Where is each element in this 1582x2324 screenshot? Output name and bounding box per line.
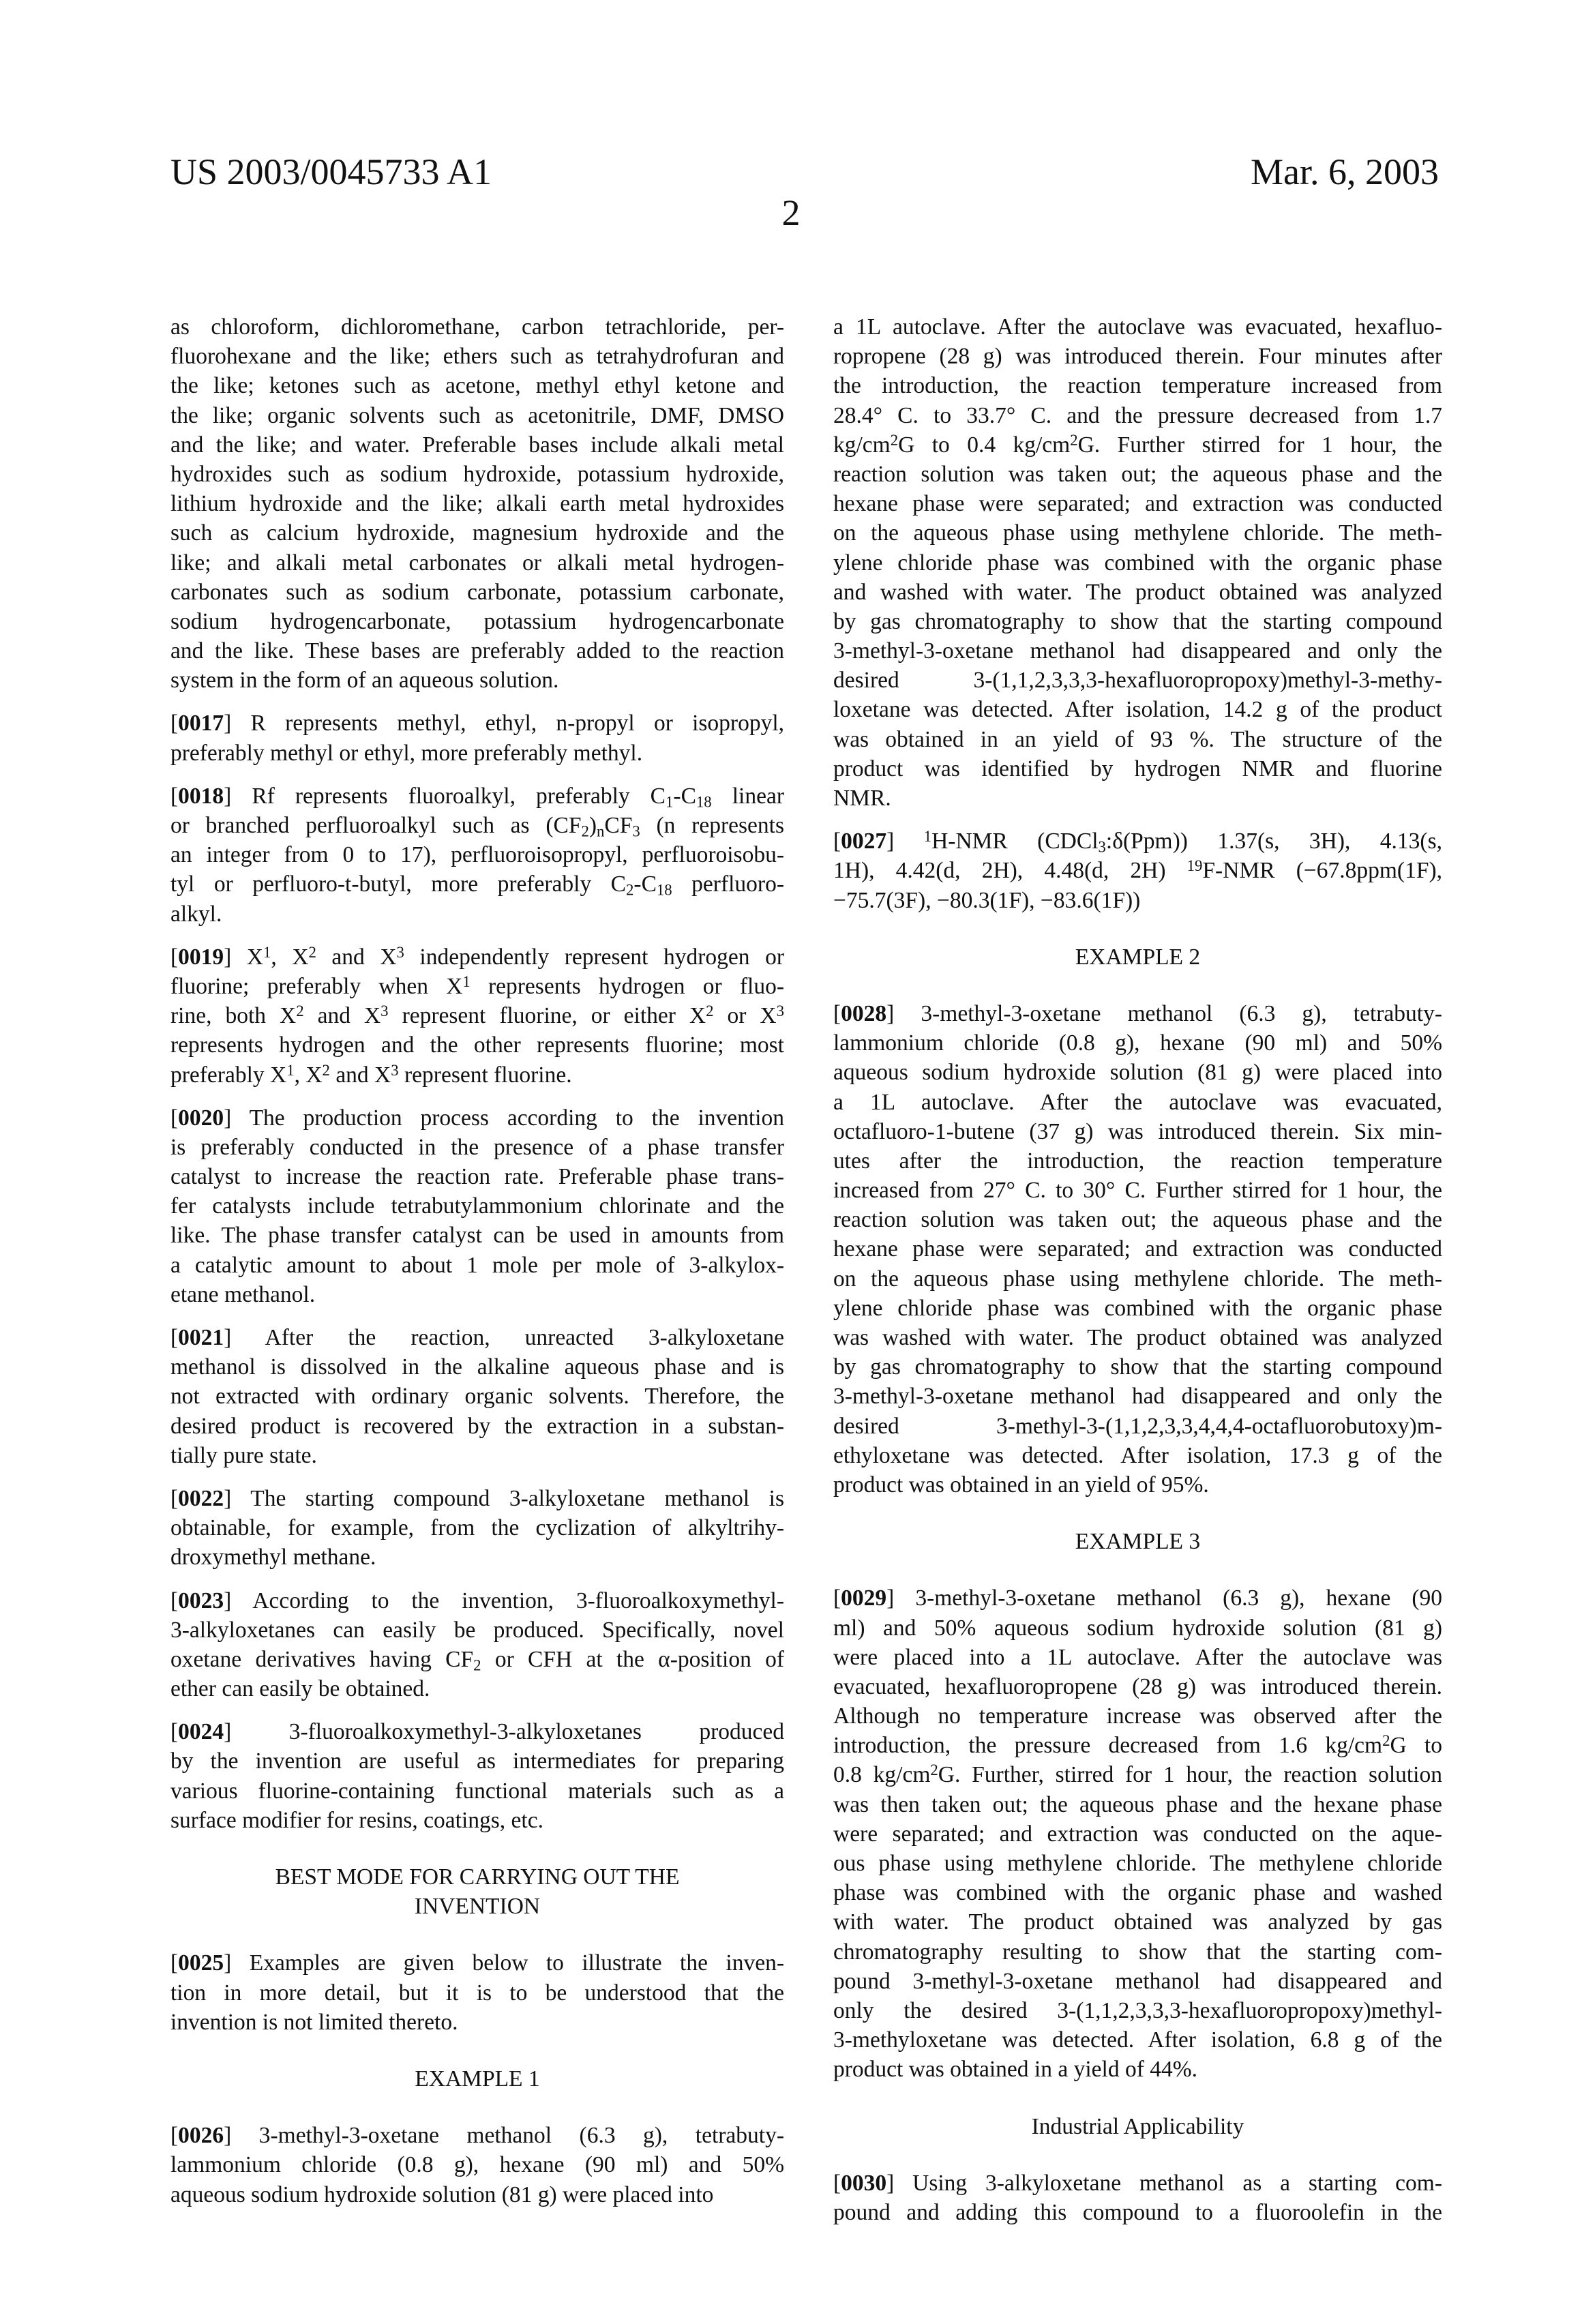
text-line: tion in more detail, but it is to be und… xyxy=(170,1978,784,2008)
text-segment: independently represent hydrogen or xyxy=(404,944,784,970)
text-segment: [ xyxy=(170,944,178,970)
text-segment: only the desired 3-(1,1,2,3,3,3-hexafluo… xyxy=(833,1998,1442,2023)
text-line: octafluoro-1-butene (37 g) was introduce… xyxy=(833,1117,1442,1146)
text-line: kg/cm2G to 0.4 kg/cm2G. Further stirred … xyxy=(833,430,1442,460)
text-segment: [ xyxy=(170,2123,178,2148)
paragraph-number: 0030 xyxy=(841,2171,886,2196)
paragraph-number: 0018 xyxy=(178,784,224,809)
text-segment: kg/cm xyxy=(833,432,891,458)
text-line: [0028] 3-methyl-3-oxetane methanol (6.3 … xyxy=(833,999,1442,1028)
text-line: fluorine; preferably when X1 represents … xyxy=(170,972,784,1001)
text-segment: oxetane derivatives having CF xyxy=(170,1647,473,1672)
script-text: 3 xyxy=(380,1002,388,1019)
script-text: n xyxy=(597,823,604,840)
text-segment: ] According to the invention, 3-fluoroal… xyxy=(224,1588,784,1613)
script-text: 2 xyxy=(581,823,588,840)
script-text: 2 xyxy=(1070,432,1077,449)
paragraph-number: 0019 xyxy=(178,944,224,970)
text-segment: ] 3-methyl-3-oxetane methanol (6.3 g), h… xyxy=(886,1585,1442,1611)
text-line: surface modifier for resins, coatings, e… xyxy=(170,1806,784,1835)
paragraph: [0020] The production process according … xyxy=(170,1103,784,1309)
text-segment: [ xyxy=(833,1001,841,1026)
right-column: a 1L autoclave. After the autoclave was … xyxy=(833,312,1442,2241)
text-line: is preferably conducted in the presence … xyxy=(170,1133,784,1162)
text-line: [0020] The production process according … xyxy=(170,1103,784,1133)
text-line: hexane phase were separated; and extract… xyxy=(833,1234,1442,1264)
section-heading: EXAMPLE 2 xyxy=(833,942,1442,972)
text-line: by the invention are useful as intermedi… xyxy=(170,1746,784,1776)
text-line: the like; organic solvents such as aceto… xyxy=(170,401,784,430)
text-line: pound 3-methyl-3-oxetane methanol had di… xyxy=(833,1967,1442,1996)
text-segment: ] R represents methyl, ethyl, n-propyl o… xyxy=(224,711,784,736)
patent-number: US 2003/0045733 A1 xyxy=(170,151,492,192)
paragraph-number: 0026 xyxy=(178,2123,224,2148)
text-segment: -C xyxy=(673,784,696,809)
text-segment: various fluorine-containing functional m… xyxy=(170,1778,784,1804)
text-segment: ropropene (28 g) was introduced therein.… xyxy=(833,344,1442,369)
text-segment: , X xyxy=(295,1062,323,1088)
text-segment: fer catalysts include tetrabutylammonium… xyxy=(170,1193,784,1219)
text-segment: ] 3-fluoroalkoxymethyl-3-alkyloxetanes p… xyxy=(224,1719,784,1744)
text-line: phase was combined with the organic phas… xyxy=(833,1878,1442,1907)
text-line: as chloroform, dichloromethane, carbon t… xyxy=(170,312,784,342)
text-line: 28.4° C. to 33.7° C. and the pressure de… xyxy=(833,401,1442,430)
publication-date: Mar. 6, 2003 xyxy=(1251,151,1439,192)
text-line: or branched perfluoroalkyl such as (CF2)… xyxy=(170,811,784,840)
text-line: pound and adding this compound to a fluo… xyxy=(833,2198,1442,2227)
text-segment: evacuated, hexafluoropropene (28 g) was … xyxy=(833,1674,1442,1699)
text-segment: ] Rf represents fluoroalkyl, preferably … xyxy=(224,784,666,809)
text-segment: an integer from 0 to 17), perfluoroisopr… xyxy=(170,842,784,867)
text-line: 3-methyloxetane was detected. After isol… xyxy=(833,2025,1442,2055)
text-segment: ylene chloride phase was combined with t… xyxy=(833,550,1442,576)
text-segment: or branched perfluoroalkyl such as (CF xyxy=(170,813,581,838)
text-line: hexane phase were separated; and extract… xyxy=(833,489,1442,518)
text-segment: [ xyxy=(170,1588,178,1613)
text-line: lammonium chloride (0.8 g), hexane (90 m… xyxy=(833,1028,1442,1058)
script-text: 2 xyxy=(706,1002,713,1019)
text-line: 1H), 4.42(d, 2H), 4.48(d, 2H) 19F-NMR (−… xyxy=(833,856,1442,885)
paragraph: a 1L autoclave. After the autoclave was … xyxy=(833,312,1442,813)
text-line: alkyl. xyxy=(170,899,784,929)
text-line: carbonates such as sodium carbonate, pot… xyxy=(170,578,784,607)
text-segment: [ xyxy=(170,711,178,736)
text-segment: EXAMPLE 2 xyxy=(1075,944,1200,970)
text-line: reaction solution was taken out; the aqu… xyxy=(833,460,1442,489)
text-segment: represent fluorine, or either X xyxy=(389,1003,706,1028)
text-segment: reaction solution was taken out; the aqu… xyxy=(833,1207,1442,1232)
text-line: by gas chromatography to show that the s… xyxy=(833,607,1442,636)
text-segment: ] 3-methyl-3-oxetane methanol (6.3 g), t… xyxy=(224,2123,784,2148)
text-segment: fluorine; preferably when X xyxy=(170,974,462,999)
text-segment: INVENTION xyxy=(415,1894,540,1919)
text-segment: perfluoro- xyxy=(672,871,784,897)
paragraph-number: 0017 xyxy=(178,711,224,736)
text-line: aqueous sodium hydroxide solution (81 g)… xyxy=(170,2180,784,2209)
paragraph-number: 0020 xyxy=(178,1105,224,1131)
text-segment: 3-methyl-3-oxetane methanol had disappea… xyxy=(833,1384,1442,1409)
text-line: was then taken out; the aqueous phase an… xyxy=(833,1790,1442,1819)
text-segment: tion in more detail, but it is to be und… xyxy=(170,1980,784,2006)
text-segment: ] After the reaction, unreacted 3-alkylo… xyxy=(224,1325,784,1350)
text-line: obtainable, for example, from the cycliz… xyxy=(170,1513,784,1543)
text-line: and washed with water. The product obtai… xyxy=(833,578,1442,607)
text-line: and the like. These bases are preferably… xyxy=(170,636,784,666)
script-text: 2 xyxy=(626,882,633,899)
text-line: oxetane derivatives having CF2 or CFH at… xyxy=(170,1645,784,1674)
text-segment: desired product is recovered by the extr… xyxy=(170,1414,784,1439)
text-line: with water. The product obtained was ana… xyxy=(833,1907,1442,1937)
paragraph-number: 0025 xyxy=(178,1950,224,1976)
text-line: Industrial Applicability xyxy=(833,2112,1442,2141)
text-segment: ] The starting compound 3-alkyloxetane m… xyxy=(224,1486,784,1511)
text-segment: and X xyxy=(304,1003,381,1028)
text-segment: carbonates such as sodium carbonate, pot… xyxy=(170,580,784,605)
text-segment: G to 0.4 kg/cm xyxy=(898,432,1070,458)
text-segment: was then taken out; the aqueous phase an… xyxy=(833,1792,1442,1817)
text-segment: or X xyxy=(714,1003,777,1028)
script-text: 1 xyxy=(286,1061,294,1078)
left-column: as chloroform, dichloromethane, carbon t… xyxy=(170,312,784,2223)
text-line: a catalytic amount to about 1 mole per m… xyxy=(170,1251,784,1280)
text-line: catalyst to increase the reaction rate. … xyxy=(170,1162,784,1191)
text-segment: 3-methyl-3-oxetane methanol had disappea… xyxy=(833,638,1442,664)
text-line: EXAMPLE 3 xyxy=(833,1527,1442,1556)
text-line: etane methanol. xyxy=(170,1280,784,1309)
paragraph: [0030] Using 3-alkyloxetane methanol as … xyxy=(833,2169,1442,2227)
text-line: desired 3-(1,1,2,3,3,3-hexafluoropropoxy… xyxy=(833,666,1442,695)
text-line: various fluorine-containing functional m… xyxy=(170,1776,784,1806)
text-line: like; and alkali metal carbonates or alk… xyxy=(170,548,784,578)
text-line: BEST MODE FOR CARRYING OUT THE xyxy=(170,1862,784,1892)
text-line: Although no temperature increase was obs… xyxy=(833,1701,1442,1731)
paragraph-number: 0024 xyxy=(178,1719,224,1744)
script-text: 2 xyxy=(323,1061,330,1078)
text-line: INVENTION xyxy=(170,1892,784,1921)
text-segment: and X xyxy=(330,1062,391,1088)
text-line: not extracted with ordinary organic solv… xyxy=(170,1382,784,1411)
text-line: [0030] Using 3-alkyloxetane methanol as … xyxy=(833,2169,1442,2198)
text-line: [0018] Rf represents fluoroalkyl, prefer… xyxy=(170,781,784,811)
text-segment: and washed with water. The product obtai… xyxy=(833,580,1442,605)
script-text: 2 xyxy=(309,944,316,961)
text-line: fluorohexane and the like; ethers such a… xyxy=(170,342,784,371)
text-segment: on the aqueous phase using methylene chl… xyxy=(833,520,1442,546)
text-line: ether can easily be obtained. xyxy=(170,1674,784,1703)
paragraph: [0024] 3-fluoroalkoxymethyl-3-alkyloxeta… xyxy=(170,1717,784,1835)
text-segment: [ xyxy=(833,1585,841,1611)
text-segment: [ xyxy=(833,2171,841,2196)
script-text: 3 xyxy=(777,1002,784,1019)
text-segment: NMR. xyxy=(833,786,891,811)
text-segment: fluorohexane and the like; ethers such a… xyxy=(170,344,784,369)
text-segment: Although no temperature increase was obs… xyxy=(833,1703,1442,1729)
text-segment: the introduction, the reaction temperatu… xyxy=(833,373,1442,398)
text-line: fer catalysts include tetrabutylammonium… xyxy=(170,1191,784,1221)
text-line: [0024] 3-fluoroalkoxymethyl-3-alkyloxeta… xyxy=(170,1717,784,1746)
text-segment: ] 3-methyl-3-oxetane methanol (6.3 g), t… xyxy=(886,1001,1442,1026)
text-segment: were placed into a 1L autoclave. After t… xyxy=(833,1645,1442,1670)
text-segment: ] X xyxy=(224,944,263,970)
text-segment: a 1L autoclave. After the autoclave was … xyxy=(833,1090,1442,1115)
text-line: ethyloxetane was detected. After isolati… xyxy=(833,1441,1442,1470)
text-line: ylene chloride phase was combined with t… xyxy=(833,548,1442,578)
text-line: ml) and 50% aqueous sodium hydroxide sol… xyxy=(833,1613,1442,1643)
text-segment: 28.4° C. to 33.7° C. and the pressure de… xyxy=(833,403,1442,428)
text-segment: H-NMR (CDCl xyxy=(931,829,1098,854)
text-line: invention is not limited thereto. xyxy=(170,2008,784,2037)
text-segment: ] Examples are given below to illustrate… xyxy=(224,1950,784,1976)
script-text: 18 xyxy=(696,794,712,811)
text-segment: product was identified by hydrogen NMR a… xyxy=(833,756,1442,781)
text-segment: hexane phase were separated; and extract… xyxy=(833,1236,1442,1262)
text-segment: CF xyxy=(604,813,632,838)
text-line: desired product is recovered by the extr… xyxy=(170,1412,784,1441)
text-segment: reaction solution was taken out; the aqu… xyxy=(833,462,1442,487)
text-segment: rine, both X xyxy=(170,1003,296,1028)
text-segment: the like; ketones such as acetone, methy… xyxy=(170,373,784,398)
text-segment: pound and adding this compound to a fluo… xyxy=(833,2200,1442,2225)
paragraph-number: 0027 xyxy=(841,829,886,854)
text-segment: lammonium chloride (0.8 g), hexane (90 m… xyxy=(170,2152,784,2177)
text-line: chromatography resulting to show that th… xyxy=(833,1937,1442,1967)
text-line: sodium hydrogencarbonate, potassium hydr… xyxy=(170,607,784,636)
text-line: ropropene (28 g) was introduced therein.… xyxy=(833,342,1442,371)
paragraph: as chloroform, dichloromethane, carbon t… xyxy=(170,312,784,695)
text-segment: the like; organic solvents such as aceto… xyxy=(170,403,784,428)
text-line: preferably X1, X2 and X3 represent fluor… xyxy=(170,1060,784,1090)
text-segment: with water. The product obtained was ana… xyxy=(833,1909,1442,1935)
text-segment: as chloroform, dichloromethane, carbon t… xyxy=(170,314,784,340)
text-segment: by the invention are useful as intermedi… xyxy=(170,1748,784,1774)
paragraph-number: 0022 xyxy=(178,1486,224,1511)
text-line: −75.7(3F), −80.3(1F), −83.6(1F)) xyxy=(833,886,1442,915)
paragraph: [0025] Examples are given below to illus… xyxy=(170,1948,784,2037)
text-line: [0029] 3-methyl-3-oxetane methanol (6.3 … xyxy=(833,1583,1442,1613)
text-line: [0027] 1H-NMR (CDCl3:δ(Ppm)) 1.37(s, 3H)… xyxy=(833,826,1442,856)
text-line: an integer from 0 to 17), perfluoroisopr… xyxy=(170,840,784,869)
text-segment: represents hydrogen and the other repres… xyxy=(170,1032,784,1058)
text-segment: [ xyxy=(170,1486,178,1511)
text-segment: phase was combined with the organic phas… xyxy=(833,1880,1442,1905)
section-heading: Industrial Applicability xyxy=(833,2112,1442,2141)
text-segment: -C xyxy=(633,871,657,897)
text-segment: and X xyxy=(316,944,397,970)
paragraph: [0021] After the reaction, unreacted 3-a… xyxy=(170,1323,784,1470)
text-segment: and the like; and water. Preferable base… xyxy=(170,432,784,458)
text-line: utes after the introduction, the reactio… xyxy=(833,1146,1442,1176)
text-segment: such as calcium hydroxide, magnesium hyd… xyxy=(170,520,784,546)
paragraph: [0028] 3-methyl-3-oxetane methanol (6.3 … xyxy=(833,999,1442,1500)
text-line: tyl or perfluoro-t-butyl, more preferabl… xyxy=(170,869,784,899)
text-line: EXAMPLE 2 xyxy=(833,942,1442,972)
text-line: system in the form of an aqueous solutio… xyxy=(170,666,784,695)
page-number: 2 xyxy=(0,192,1582,233)
text-line: a 1L autoclave. After the autoclave was … xyxy=(833,312,1442,342)
text-segment: obtainable, for example, from the cycliz… xyxy=(170,1515,784,1540)
script-text: 3 xyxy=(397,944,404,961)
text-segment: preferably methyl or ethyl, more prefera… xyxy=(170,741,642,766)
text-segment: [ xyxy=(170,1325,178,1350)
text-segment: by gas chromatography to show that the s… xyxy=(833,1354,1442,1380)
text-segment: octafluoro-1-butene (37 g) was introduce… xyxy=(833,1119,1442,1144)
text-segment: tially pure state. xyxy=(170,1443,317,1468)
text-line: evacuated, hexafluoropropene (28 g) was … xyxy=(833,1672,1442,1701)
text-line: 3-alkyloxetanes can easily be produced. … xyxy=(170,1615,784,1645)
text-line: desired 3-methyl-3-(1,1,2,3,3,4,4,4-octa… xyxy=(833,1412,1442,1441)
text-segment: product was obtained in a yield of 44%. xyxy=(833,2057,1197,2082)
text-segment: 0.8 kg/cm xyxy=(833,1762,930,1787)
text-segment: not extracted with ordinary organic solv… xyxy=(170,1384,784,1409)
text-line: the like; ketones such as acetone, methy… xyxy=(170,371,784,400)
text-segment: G to xyxy=(1390,1733,1442,1758)
text-segment: lammonium chloride (0.8 g), hexane (90 m… xyxy=(833,1030,1442,1056)
text-segment: aqueous sodium hydroxide solution (81 g)… xyxy=(833,1060,1442,1085)
text-segment: ] The production process according to th… xyxy=(224,1105,784,1131)
text-line: reaction solution was taken out; the aqu… xyxy=(833,1205,1442,1234)
text-segment: droxymethyl methane. xyxy=(170,1545,376,1570)
text-line: and the like; and water. Preferable base… xyxy=(170,430,784,460)
text-segment: G. Further, stirred for 1 hour, the reac… xyxy=(938,1762,1442,1787)
text-segment: −75.7(3F), −80.3(1F), −83.6(1F)) xyxy=(833,888,1140,913)
text-line: a 1L autoclave. After the autoclave was … xyxy=(833,1088,1442,1117)
text-segment: [ xyxy=(170,1105,178,1131)
text-segment: chromatography resulting to show that th… xyxy=(833,1939,1442,1965)
paragraph: [0019] X1, X2 and X3 independently repre… xyxy=(170,942,784,1090)
text-line: loxetane was detected. After isolation, … xyxy=(833,695,1442,724)
text-line: [0021] After the reaction, unreacted 3-a… xyxy=(170,1323,784,1352)
text-line: product was obtained in a yield of 44%. xyxy=(833,2055,1442,2084)
text-segment: ethyloxetane was detected. After isolati… xyxy=(833,1443,1442,1468)
text-segment: ml) and 50% aqueous sodium hydroxide sol… xyxy=(833,1615,1442,1641)
script-text: 2 xyxy=(1382,1732,1390,1749)
paragraph-number: 0021 xyxy=(178,1325,224,1350)
text-line: on the aqueous phase using methylene chl… xyxy=(833,518,1442,548)
text-segment: by gas chromatography to show that the s… xyxy=(833,609,1442,634)
text-segment: preferably X xyxy=(170,1062,286,1088)
text-line: hydroxides such as sodium hydroxide, pot… xyxy=(170,460,784,489)
text-segment: product was obtained in an yield of 95%. xyxy=(833,1472,1209,1498)
text-segment: invention is not limited thereto. xyxy=(170,2010,458,2035)
text-line: preferably methyl or ethyl, more prefera… xyxy=(170,739,784,768)
text-line: lithium hydroxide and the like; alkali e… xyxy=(170,489,784,518)
text-line: lammonium chloride (0.8 g), hexane (90 m… xyxy=(170,2150,784,2179)
text-segment: like; and alkali metal carbonates or alk… xyxy=(170,550,784,576)
text-segment: ous phase using methylene chloride. The … xyxy=(833,1851,1442,1876)
text-segment: lithium hydroxide and the like; alkali e… xyxy=(170,491,784,516)
text-segment: catalyst to increase the reaction rate. … xyxy=(170,1164,784,1189)
text-segment: methanol is dissolved in the alkaline aq… xyxy=(170,1354,784,1380)
text-line: [0023] According to the invention, 3-flu… xyxy=(170,1586,784,1615)
script-text: 1 xyxy=(462,973,470,990)
text-line: were separated; and extraction was condu… xyxy=(833,1819,1442,1849)
text-line: 0.8 kg/cm2G. Further, stirred for 1 hour… xyxy=(833,1760,1442,1789)
text-segment: ) xyxy=(589,813,597,838)
text-line: product was identified by hydrogen NMR a… xyxy=(833,754,1442,784)
script-text: 3 xyxy=(1099,839,1106,856)
text-line: such as calcium hydroxide, magnesium hyd… xyxy=(170,518,784,548)
text-segment: sodium hydrogencarbonate, potassium hydr… xyxy=(170,609,784,634)
text-line: the introduction, the reaction temperatu… xyxy=(833,371,1442,400)
text-segment: etane methanol. xyxy=(170,1282,315,1307)
text-segment: a 1L autoclave. After the autoclave was … xyxy=(833,314,1442,340)
text-segment: surface modifier for resins, coatings, e… xyxy=(170,1808,543,1833)
text-segment: [ xyxy=(170,1719,178,1744)
text-line: was obtained in an yield of 93 %. The st… xyxy=(833,725,1442,754)
text-segment: BEST MODE FOR CARRYING OUT THE xyxy=(275,1864,680,1890)
text-segment: linear xyxy=(712,784,784,809)
text-line: [0025] Examples are given below to illus… xyxy=(170,1948,784,1978)
text-segment: , X xyxy=(271,944,308,970)
paragraph: [0029] 3-methyl-3-oxetane methanol (6.3 … xyxy=(833,1583,1442,2084)
paragraph: [0018] Rf represents fluoroalkyl, prefer… xyxy=(170,781,784,929)
text-segment: represents hydrogen or fluo- xyxy=(471,974,784,999)
text-segment: was washed with water. The product obtai… xyxy=(833,1325,1442,1350)
script-text: 3 xyxy=(391,1061,398,1078)
paragraph: [0023] According to the invention, 3-flu… xyxy=(170,1586,784,1704)
text-segment: ] Using 3-alkyloxetane methanol as a sta… xyxy=(886,2171,1442,2196)
section-heading: BEST MODE FOR CARRYING OUT THEINVENTION xyxy=(170,1862,784,1921)
text-line: methanol is dissolved in the alkaline aq… xyxy=(170,1352,784,1382)
script-text: 2 xyxy=(930,1761,938,1778)
script-text: 19 xyxy=(1187,857,1203,874)
paragraph: [0017] R represents methyl, ethyl, n-pro… xyxy=(170,709,784,767)
text-segment: F-NMR (−67.8ppm(1F), xyxy=(1202,858,1442,883)
text-line: [0017] R represents methyl, ethyl, n-pro… xyxy=(170,709,784,738)
text-segment: alkyl. xyxy=(170,902,222,927)
text-segment: ylene chloride phase was combined with t… xyxy=(833,1296,1442,1321)
text-segment: on the aqueous phase using methylene chl… xyxy=(833,1266,1442,1292)
text-segment: Industrial Applicability xyxy=(1032,2114,1244,2139)
text-segment: pound 3-methyl-3-oxetane methanol had di… xyxy=(833,1969,1442,1994)
text-segment: or CFH at the α-position of xyxy=(481,1647,784,1672)
text-segment: 3-alkyloxetanes can easily be produced. … xyxy=(170,1618,784,1643)
paragraph: [0027] 1H-NMR (CDCl3:δ(Ppm)) 1.37(s, 3H)… xyxy=(833,826,1442,915)
text-line: by gas chromatography to show that the s… xyxy=(833,1352,1442,1382)
paragraph: [0022] The starting compound 3-alkyloxet… xyxy=(170,1484,784,1573)
text-line: [0026] 3-methyl-3-oxetane methanol (6.3 … xyxy=(170,2121,784,2150)
text-line: represents hydrogen and the other repres… xyxy=(170,1030,784,1060)
script-text: 1 xyxy=(666,794,673,811)
text-segment: G. Further stirred for 1 hour, the xyxy=(1078,432,1442,458)
text-line: droxymethyl methane. xyxy=(170,1543,784,1572)
text-segment: hydroxides such as sodium hydroxide, pot… xyxy=(170,462,784,487)
text-line: like. The phase transfer catalyst can be… xyxy=(170,1221,784,1250)
paragraph-number: 0023 xyxy=(178,1588,224,1613)
text-segment: like. The phase transfer catalyst can be… xyxy=(170,1223,784,1248)
text-segment: ] xyxy=(886,829,924,854)
text-line: 3-methyl-3-oxetane methanol had disappea… xyxy=(833,1382,1442,1411)
text-segment: [ xyxy=(170,784,178,809)
text-segment: tyl or perfluoro-t-butyl, more preferabl… xyxy=(170,871,626,897)
text-segment: system in the form of an aqueous solutio… xyxy=(170,668,558,693)
script-text: 1 xyxy=(263,944,271,961)
text-segment: desired 3-(1,1,2,3,3,3-hexafluoropropoxy… xyxy=(833,668,1442,693)
script-text: 1 xyxy=(924,828,931,845)
text-segment: ether can easily be obtained. xyxy=(170,1676,430,1701)
text-segment: loxetane was detected. After isolation, … xyxy=(833,697,1442,722)
text-line: EXAMPLE 1 xyxy=(170,2064,784,2094)
text-line: introduction, the pressure decreased fro… xyxy=(833,1731,1442,1760)
text-line: increased from 27° C. to 30° C. Further … xyxy=(833,1176,1442,1205)
section-heading: EXAMPLE 1 xyxy=(170,2064,784,2094)
text-segment: is preferably conducted in the presence … xyxy=(170,1135,784,1160)
paragraph-number: 0028 xyxy=(841,1001,886,1026)
text-line: ylene chloride phase was combined with t… xyxy=(833,1294,1442,1323)
paragraph: [0026] 3-methyl-3-oxetane methanol (6.3 … xyxy=(170,2121,784,2209)
text-segment: a catalytic amount to about 1 mole per m… xyxy=(170,1253,784,1278)
text-line: on the aqueous phase using methylene chl… xyxy=(833,1264,1442,1294)
